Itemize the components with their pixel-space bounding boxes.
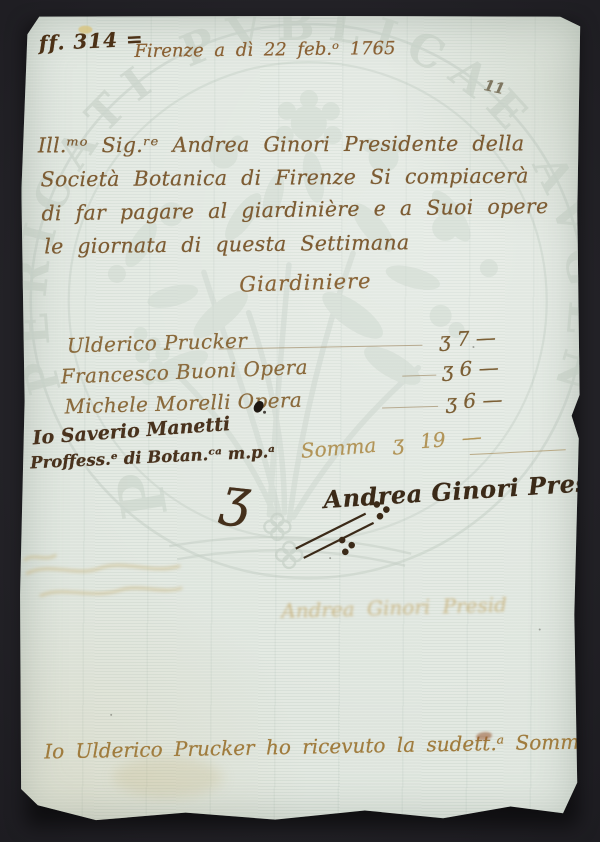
paper-stain: [113, 756, 223, 799]
photograph-of-manuscript: { "page": { "archival_number": "ff. 314 …: [0, 0, 600, 842]
pencil-folio-number: 11: [482, 76, 506, 98]
paper-stain: [78, 26, 92, 34]
fly-speck: [539, 628, 541, 630]
total-amount: ʒ 19 —: [392, 424, 483, 455]
section-heading: Giardiniere: [239, 269, 372, 297]
ledger-row-amount: ʒ 6 —: [441, 355, 499, 382]
fly-speck: [329, 557, 331, 559]
faded-ink-smudge: [21, 547, 221, 618]
receipt-line: Io Ulderico Prucker ho ricevuto la sudet…: [44, 729, 591, 763]
seal-inner-letter: P: [102, 466, 182, 524]
fly-speck: [110, 714, 112, 716]
body-line-3: di far pagare al giardinière e a Suoi op…: [41, 194, 548, 226]
ledger-rule: [382, 406, 438, 409]
signature-ink-offset: Andrea Ginori Presid: [281, 592, 507, 622]
attestation-flourish: ʒ: [218, 467, 254, 530]
body-line-1: Ill.ᵐᵒ Sig.ʳᵉ Andrea Ginori Presidente d…: [38, 131, 525, 157]
dateline: Firenze a dì 22 feb.ᵒ 1765: [134, 38, 395, 62]
fly-speck: [472, 346, 474, 348]
body-line-2: Società Botanica di Firenze Si compiacer…: [41, 164, 529, 192]
ledger-rule: [402, 375, 436, 377]
total-label: Somma: [300, 433, 377, 463]
ledger-rule: [218, 345, 422, 350]
attestation-line-1: Io Saverio Manetti: [32, 413, 231, 449]
ledger-row-amount: ʒ 7 —: [439, 325, 497, 352]
president-signature: Andrea Ginori Presid.: [323, 466, 600, 514]
manuscript-sheet: PERICATI PVBLICAE AVGENDAE: [18, 13, 583, 824]
ledger-row-name: Francesco Buoni Opera: [60, 355, 308, 389]
ledger-row-name: Michele Morelli Opera: [64, 388, 302, 419]
ledger-row-amount: ʒ 6 —: [445, 387, 503, 414]
ledger-row-name: Ulderico Prucker: [67, 328, 248, 357]
total-line: Somma ʒ 19 —: [300, 424, 483, 463]
ink-blot: [263, 411, 266, 414]
ledger-rule: [470, 449, 566, 455]
body-line-4: le giornata di questa Settimana: [44, 230, 409, 258]
